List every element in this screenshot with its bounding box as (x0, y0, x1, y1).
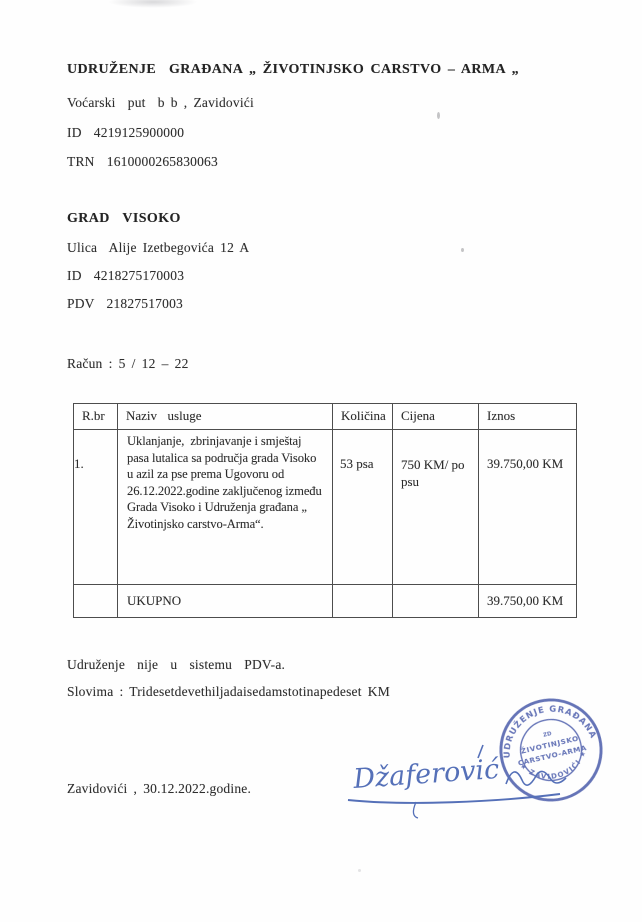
issuer-trn: TRN 1610000265830063 (67, 154, 218, 170)
col-header-naziv: Naziv usluge (118, 404, 333, 430)
amount-in-words: Slovima : Tridesetdevethiljadaisedamstot… (67, 684, 390, 700)
scanned-invoice-document: UDRUŽENJE GRAĐANA „ ŽIVOTINJSKO CARSTVO … (0, 0, 642, 922)
item-description: Uklanjanje, zbrinjavanje i smještaj pasa… (118, 430, 333, 585)
signature-underline (348, 794, 560, 803)
issuer-name: UDRUŽENJE GRAĐANA „ ŽIVOTINJSKO CARSTVO … (67, 62, 519, 78)
signature-descender (413, 802, 418, 818)
empty-cell (333, 585, 393, 618)
total-amount: 39.750,00 KM (479, 585, 577, 618)
table-total-row: UKUPNO 39.750,00 KM (74, 585, 577, 618)
scan-artifact (437, 112, 440, 119)
scan-artifact (461, 248, 464, 252)
col-header-cijena: Cijena (393, 404, 479, 430)
item-amount: 39.750,00 KM (479, 430, 577, 585)
table-header-row: R.br Naziv usluge Količina Cijena Iznos (74, 404, 577, 430)
empty-cell (393, 585, 479, 618)
total-label: UKUPNO (118, 585, 333, 618)
recipient-address: Ulica Alije Izetbegovića 12 A (67, 240, 249, 256)
place-and-date: Zavidovići , 30.12.2022.godine. (67, 781, 251, 797)
pdv-note: Udruženje nije u sistemu PDV-a. (67, 657, 285, 673)
recipient-pdv: PDV 21827517003 (67, 296, 183, 312)
empty-cell (74, 585, 118, 618)
scan-artifact (108, 0, 198, 8)
col-header-iznos: Iznos (479, 404, 577, 430)
recipient-id: ID 4218275170003 (67, 268, 184, 284)
scan-artifact (358, 869, 361, 872)
col-header-kolicina: Količina (333, 404, 393, 430)
item-quantity: 53 psa (333, 430, 393, 585)
invoice-items-table: R.br Naziv usluge Količina Cijena Iznos … (73, 403, 577, 618)
signature-flourish (506, 771, 566, 785)
issuer-id: ID 4219125900000 (67, 125, 184, 141)
recipient-name: GRAD VISOKO (67, 211, 181, 227)
table-row: 1. Uklanjanje, zbrinjavanje i smještaj p… (74, 430, 577, 585)
issuer-address: Voćarski put b b , Zavidovići (67, 95, 254, 111)
invoice-number: Račun : 5 / 12 – 22 (67, 356, 189, 372)
item-unit-price: 750 KM/ po psu (393, 430, 479, 585)
col-header-rbr: R.br (74, 404, 118, 430)
item-number: 1. (74, 430, 118, 585)
handwritten-signature: Džaferović (346, 736, 582, 820)
signature-name-text: Džaferović (351, 754, 501, 795)
